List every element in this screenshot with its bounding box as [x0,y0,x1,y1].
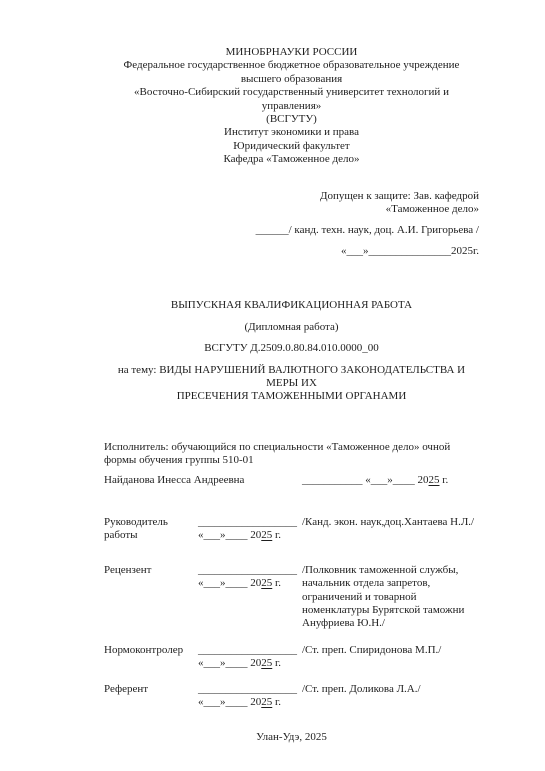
executor-block: Исполнитель: обучающийся по специальност… [104,441,479,487]
norm-controller-role-line: Нормоконтролер [104,644,198,657]
reviewer-role-line: Рецензент [104,564,198,577]
topic-line-1: на тему: ВИДЫ НАРУШЕНИЙ ВАЛЮТНОГО ЗАКОНО… [104,364,479,391]
approval-note-line-2: «Таможенное дело» [104,203,479,216]
date-suffix: г. [272,696,281,708]
date-year: 25 [261,529,272,541]
supervisor-role-line-1: Руководитель [104,516,198,529]
work-subtitle: (Дипломная работа) [104,321,479,334]
referent-role-line: Референт [104,683,198,696]
referent-row: Референт __________________ «___»____ 20… [104,683,479,710]
approval-block: Допущен к защите: Зав. кафедрой «Таможен… [104,190,479,259]
faculty-name: Юридический факультет [104,140,479,153]
institution-line-1: Федеральное государственное бюджетное об… [104,59,479,72]
title-block: ВЫПУСКНАЯ КВАЛИФИКАЦИОННАЯ РАБОТА (Дипло… [104,299,479,403]
date-year: 25 [261,657,272,669]
supervisor-row: Руководитель работы __________________ «… [104,516,479,543]
footer-city-year: Улан-Удэ, 2025 [104,731,479,744]
norm-controller-signature: __________________ «___»____ 2025 г. [198,644,302,671]
reviewer-role: Рецензент [104,564,198,577]
date-suffix: г. [272,657,281,669]
executor-signature-row: Найданова Инесса Андреевна ___________ «… [104,474,479,487]
executor-date-year: 25 [429,474,440,486]
reviewer-name-line-1: /Полковник таможенной службы, [302,564,479,577]
date-prefix: «___»____ 20 [198,696,261,708]
executor-date-prefix: ___________ «___»____ 20 [302,474,429,486]
executor-description-line-2: формы обучения группы 510-01 [104,454,479,467]
approval-note-line-1: Допущен к защите: Зав. кафедрой [104,190,479,203]
signature-date: «___»____ 2025 г. [198,657,302,670]
date-prefix: «___»____ 20 [198,657,261,669]
date-year: 25 [261,577,272,589]
date-prefix: «___»____ 20 [198,577,261,589]
signature-line: __________________ [198,683,302,696]
executor-name: Найданова Инесса Андреевна [104,474,302,487]
topic-line-2: ПРЕСЕЧЕНИЯ ТАМОЖЕННЫМИ ОРГАНАМИ [104,390,479,403]
referent-name: /Ст. преп. Доликова Л.А./ [302,683,479,696]
norm-controller-name-line: /Ст. преп. Спиридонова М.П./ [302,644,479,657]
date-suffix: г. [272,577,281,589]
referent-signature: __________________ «___»____ 2025 г. [198,683,302,710]
institute-name: Институт экономики и права [104,126,479,139]
reviewer-signature: __________________ «___»____ 2025 г. [198,564,302,591]
date-prefix: «___»____ 20 [198,529,261,541]
reviewer-name-line-3: ограничений и товарной [302,591,479,604]
referent-role: Референт [104,683,198,696]
ministry-line: МИНОБРНАУКИ РОССИИ [104,46,479,59]
university-abbreviation: (ВСГУТУ) [104,113,479,126]
approval-date-line: «___»_______________2025г. [104,245,479,258]
reviewer-name-line-4: номенклатуры Бурятской таможни [302,604,479,617]
supervisor-signature: __________________ «___»____ 2025 г. [198,516,302,543]
norm-controller-role: Нормоконтролер [104,644,198,657]
date-year: 25 [261,696,272,708]
institution-line-2: высшего образования [104,73,479,86]
date-suffix: г. [272,529,281,541]
department-name: Кафедра «Таможенное дело» [104,153,479,166]
executor-description-line-1: Исполнитель: обучающийся по специальност… [104,441,479,454]
work-type-title: ВЫПУСКНАЯ КВАЛИФИКАЦИОННАЯ РАБОТА [104,299,479,312]
signature-line: __________________ [198,516,302,529]
executor-signature-date: ___________ «___»____ 2025 г. [302,474,448,487]
signers-block: Руководитель работы __________________ «… [104,516,479,709]
reviewer-name-line-2: начальник отдела запретов, [302,577,479,590]
signature-date: «___»____ 2025 г. [198,577,302,590]
document-code: ВСГУТУ Д.2509.0.80.84.010.0000_00 [104,342,479,355]
supervisor-role-line-2: работы [104,529,198,542]
supervisor-name: /Канд. экон. наук,доц.Хантаева Н.Л./ [302,516,479,529]
executor-date-suffix: г. [440,474,449,486]
supervisor-role: Руководитель работы [104,516,198,543]
university-name: «Восточно-Сибирский государственный унив… [104,86,479,113]
signature-line: __________________ [198,644,302,657]
signature-date: «___»____ 2025 г. [198,696,302,709]
signature-date: «___»____ 2025 г. [198,529,302,542]
supervisor-name-line: /Канд. экон. наук,доц.Хантаева Н.Л./ [302,516,479,529]
reviewer-name: /Полковник таможенной службы, начальник … [302,564,479,631]
thesis-title-page: МИНОБРНАУКИ РОССИИ Федеральное государст… [0,0,545,771]
approval-signature-line: ______/ канд. техн. наук, доц. А.И. Григ… [104,224,479,237]
university-header: МИНОБРНАУКИ РОССИИ Федеральное государст… [104,46,479,167]
reviewer-name-line-5: Ануфриева Ю.Н./ [302,617,479,630]
reviewer-row: Рецензент __________________ «___»____ 2… [104,564,479,631]
signature-line: __________________ [198,564,302,577]
norm-controller-row: Нормоконтролер __________________ «___»_… [104,644,479,671]
norm-controller-name: /Ст. преп. Спиридонова М.П./ [302,644,479,657]
referent-name-line: /Ст. преп. Доликова Л.А./ [302,683,479,696]
